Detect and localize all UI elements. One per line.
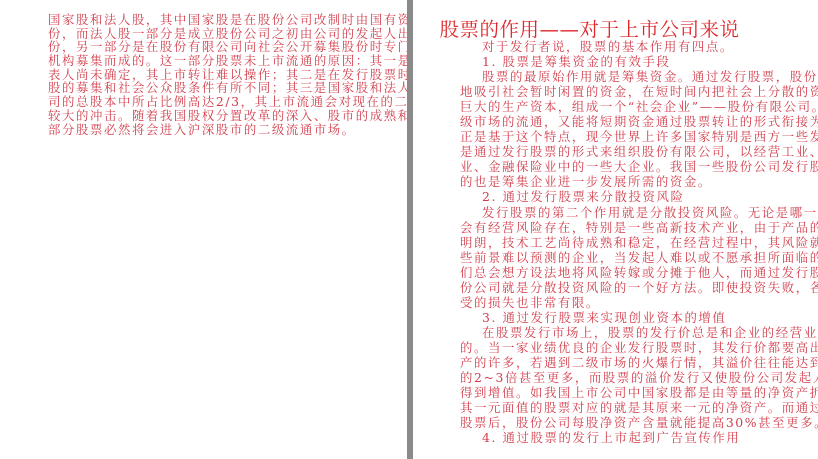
right-page-body: 对于发行者说，股票的基本作用有四点。1. 股票是筹集资金的有效手段股票的最原始作…	[460, 39, 818, 445]
text-line: 级市场的流通，又能将短期资金通过股票转让的形式衔接为长期资金。	[460, 114, 818, 129]
text-line: 的。当一家业绩优良的企业发行股票时，其发行价都要高出其每股净资	[460, 340, 818, 355]
text-line: 对于发行者说，股票的基本作用有四点。	[460, 39, 818, 54]
text-line: 是通过发行股票的形式来组织股份有限公司，以经营工业、农业、运输	[460, 144, 818, 159]
text-line: 的2~3倍甚至更多，而股票的溢价发行又使股份公司发起人的创业资本	[460, 370, 818, 385]
text-line: 的也是筹集企业进一步发展所需的资金。	[460, 174, 818, 189]
text-line: 些前景难以预测的企业，当发起人难以或不愿承担所面临的风险时，他	[460, 250, 818, 265]
section-heading: 4. 通过股票的发行上市起到广告宣传作用	[460, 430, 818, 445]
text-line: 其一元面值的股票对应的就是其原来一元的净资产。而通过高溢价发行	[460, 400, 818, 415]
text-line: 受的损失也非常有限。	[460, 295, 818, 310]
text-line: 股票后，股份公司每股净资产含量就能提高30%甚至更多。	[460, 415, 818, 430]
text-line: 地吸引社会暂时闲置的资金，在短时间内把社会上分散的资金集中成为	[460, 84, 818, 99]
text-line: 产的许多，若遇到二级市场的火爆行情，其溢价往往能达到每股净资产	[460, 355, 818, 370]
text-line: 会有经营风险存在，特别是一些高新技术产业，由于产品的市场前景不	[460, 220, 818, 235]
left-page: 国家股和法人股，其中国家股是在股份公司改制时由国有资产折成的股 份，而法人股一部…	[0, 0, 407, 459]
text-line: 发行股票的第二个作用就是分散投资风险。无论是哪一类企业，总	[460, 205, 818, 220]
text-line: 得到增值。如我国上市公司中国家股都是由等量的净资产折价入股的，	[460, 385, 818, 400]
text-line: 们总会想方设法地将风险转嫁或分摊于他人，而通过发行股票来组成股	[460, 265, 818, 280]
text-line: 明朗，技术工艺尚待成熟和稳定，在经营过程中，其风险就更大。对这	[460, 235, 818, 250]
text-line: 巨大的生产资本，组成一个“社会企业”——股份有限公司。而通过二	[460, 99, 818, 114]
page-title: 股票的作用——对于上市公司来说	[413, 14, 818, 42]
text-line: 份公司就是分散投资风险的一个好方法。即使投资失败，各个股东所承	[460, 280, 818, 295]
section-heading: 1. 股票是筹集资金的有效手段	[460, 54, 818, 69]
right-page: 股票的作用——对于上市公司来说 对于发行者说，股票的基本作用有四点。1. 股票是…	[413, 0, 818, 459]
section-heading: 3. 通过发行股票来实现创业资本的增值	[460, 310, 818, 325]
text-line: 股票的最原始作用就是筹集资金。通过发行股票，股份公司可广泛	[460, 69, 818, 84]
text-line: 在股票发行市场上，股票的发行价总是和企业的经营业绩相联系	[460, 325, 818, 340]
section-heading: 2. 通过发行股票来分散投资风险	[460, 189, 818, 204]
text-line: 业、金融保险业中的一些大企业。我国一些股份公司发行股票的主要目	[460, 159, 818, 174]
text-line: 正是基于这个特点，现今世界上许多国家特别是西方一些发达国家，都	[460, 129, 818, 144]
